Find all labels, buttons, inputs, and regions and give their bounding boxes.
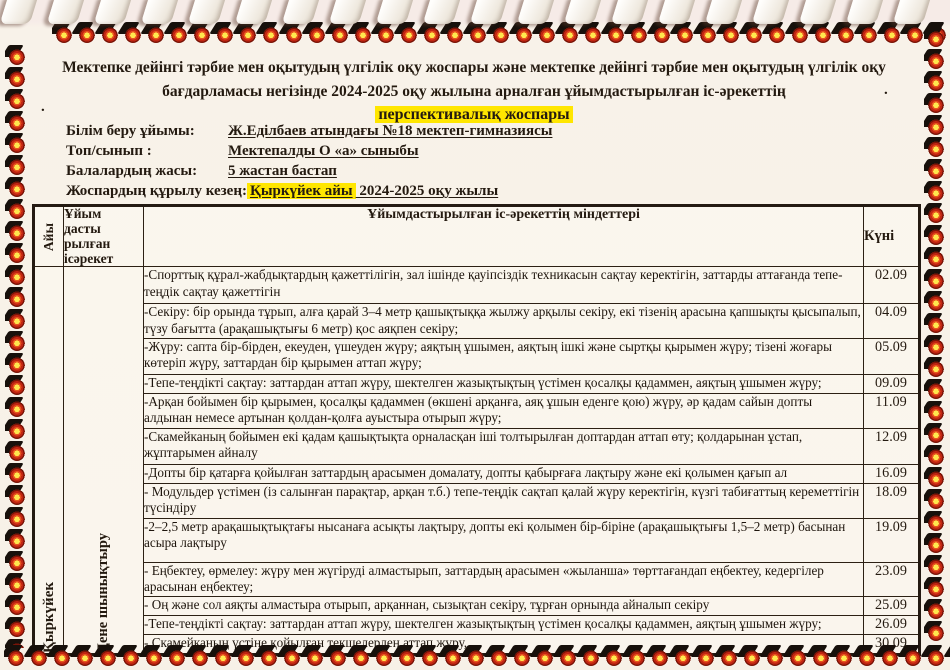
ornament-border-left [5,44,28,648]
kazakh-ornament-motif [234,644,255,666]
ornament-border-right [924,26,947,642]
kazakh-ornament-motif [5,440,26,461]
kazakh-ornament-motif [924,576,945,597]
table-header-row: Айы Ұйым дасты рылған ісәрекет Ұйымдасты… [34,206,920,267]
kazakh-ornament-motif [5,484,26,505]
binding-comb [423,0,462,24]
task-cell: -Тепе-теңдікті сақтау: заттардан аттап ж… [144,374,864,393]
date-cell: 23.09 [864,562,920,596]
table-row: -Допты бір қатарға қойылған заттардың ар… [34,464,920,483]
task-cell: -Арқан бойымен бір қырымен, қосалқы қада… [144,393,864,428]
kazakh-ornament-motif [5,66,26,87]
task-cell: -Секіру: бір орында тұрып, алға қарай 3–… [144,304,864,338]
kazakh-ornament-motif [878,644,899,666]
kazakh-ornament-motif [188,644,209,666]
kazakh-ornament-motif [924,334,945,355]
title-text: Мектепке дейінгі тәрбие мен оқытудың үлг… [62,59,886,100]
kazakh-ornament-motif [924,510,945,531]
kazakh-ornament-motif [924,48,945,69]
month-cell: Қыркүйек [34,267,64,655]
date-cell: 04.09 [864,304,920,338]
kazakh-ornament-motif [924,202,945,223]
kazakh-ornament-motif [5,352,26,373]
kazakh-ornament-motif [556,644,577,666]
kazakh-ornament-motif [5,176,26,197]
info-row: Топ/сынып :Мектепалды О «а» сыныбы [66,141,890,161]
info-label: Жоспардың құрылу кезең: [66,181,247,201]
kazakh-ornament-motif [5,44,26,65]
date-cell: 18.09 [864,483,920,518]
spiral-binding [4,0,950,26]
date-cell: 19.09 [864,518,920,562]
activity-cell: Дене шынықтыру [64,267,144,655]
date-cell: 09.09 [864,374,920,393]
info-label: Балалардың жасы: [66,161,228,181]
binding-comb [846,0,885,24]
page-title: Мектепке дейінгі тәрбие мен оқытудың үлг… [40,56,908,127]
date-cell: 25.09 [864,596,920,615]
kazakh-ornament-motif [464,644,485,666]
date-cell: 12.09 [864,428,920,464]
kazakh-ornament-motif [5,264,26,285]
kazakh-ornament-motif [924,488,945,509]
info-value: Ж.Еділбаев атындағы №18 мектеп-гимназияс… [228,123,552,139]
kazakh-ornament-motif [924,180,945,201]
binding-comb [188,0,227,24]
kazakh-ornament-motif [27,644,48,666]
kazakh-ornament-motif [487,644,508,666]
kazakh-ornament-motif [694,644,715,666]
table-row: -Тепе-теңдікті сақтау: заттардан аттап ж… [34,374,920,393]
kazakh-ornament-motif [924,246,945,267]
binding-comb [752,0,791,24]
highlighted-text: Қыркүйек айы [247,183,356,199]
kazakh-ornament-motif [924,290,945,311]
kazakh-ornament-motif [924,466,945,487]
kazakh-ornament-motif [96,644,117,666]
kazakh-ornament-motif [5,550,26,571]
kazakh-ornament-motif [5,506,26,527]
kazakh-ornament-motif [73,644,94,666]
kazakh-ornament-motif [602,644,623,666]
kazakh-ornament-motif [5,198,26,219]
kazakh-ornament-motif [924,92,945,113]
kazakh-ornament-motif [5,242,26,263]
info-row: Балалардың жасы:5 жастан бастап [66,161,890,181]
task-cell: -Жүру: сапта бір-бірден, екеуден, үшеуде… [144,338,864,374]
task-cell: -Тепе-теңдікті сақтау: заттардан аттап ж… [144,615,864,634]
binding-comb [0,0,38,24]
kazakh-ornament-motif [5,220,26,241]
kazakh-ornament-motif [740,644,761,666]
document-page: Мектепке дейінгі тәрбие мен оқытудың үлг… [0,0,950,670]
schedule-table-body: ҚыркүйекДене шынықтыру-Спорттық құрал-жа… [34,267,920,655]
kazakh-ornament-motif [5,132,26,153]
schedule-table: Айы Ұйым дасты рылған ісәрекет Ұйымдасты… [32,204,921,656]
binding-comb [47,0,86,24]
activity-vertical-label: Дене шынықтыру [95,533,112,653]
kazakh-ornament-motif [5,286,26,307]
info-row: Білім беру ұйымы:Ж.Еділбаев атындағы №18… [66,121,890,141]
table-row: -2–2,5 метр арақашықтықтағы нысанаға асы… [34,518,920,562]
kazakh-ornament-motif [5,110,26,131]
task-cell: - Оң және сол аяқты алмастыра отырып, ар… [144,596,864,615]
kazakh-ornament-motif [924,268,945,289]
header-activity: Ұйым дасты рылған ісәрекет [64,206,144,267]
task-cell: -Скамейканың бойымен екі қадам қашықтықт… [144,428,864,464]
header-tasks: Ұйымдастырылған іс-әрекеттің міндеттері [144,206,864,267]
kazakh-ornament-motif [395,644,416,666]
kazakh-ornament-motif [257,644,278,666]
kazakh-ornament-motif [924,400,945,421]
kazakh-ornament-motif [786,644,807,666]
task-cell: - Еңбектеу, өрмелеу: жүру мен жүгіруді а… [144,562,864,596]
kazakh-ornament-motif [303,644,324,666]
kazakh-ornament-motif [924,532,945,553]
header-month: Айы [34,206,64,267]
binding-comb [376,0,415,24]
binding-comb [235,0,274,24]
kazakh-ornament-motif [5,528,26,549]
binding-comb [329,0,368,24]
kazakh-ornament-motif [5,462,26,483]
kazakh-ornament-motif [648,644,669,666]
table-row: - Оң және сол аяқты алмастыра отырып, ар… [34,596,920,615]
kazakh-ornament-motif [50,644,71,666]
kazakh-ornament-motif [510,644,531,666]
table-row: -Арқан бойымен бір қырымен, қосалқы қада… [34,393,920,428]
info-block: Білім беру ұйымы:Ж.Еділбаев атындағы №18… [66,121,890,201]
kazakh-ornament-motif [5,154,26,175]
kazakh-ornament-motif [5,330,26,351]
stray-mark: . [41,99,45,116]
kazakh-ornament-motif [855,644,876,666]
kazakh-ornament-motif [832,644,853,666]
table-row: -Жүру: сапта бір-бірден, екеуден, үшеуде… [34,338,920,374]
kazakh-ornament-motif [533,644,554,666]
kazakh-ornament-motif [625,644,646,666]
date-cell: 11.09 [864,393,920,428]
kazakh-ornament-motif [5,396,26,417]
binding-comb [893,0,932,24]
kazakh-ornament-motif [441,644,462,666]
kazakh-ornament-motif [349,644,370,666]
info-label: Топ/сынып : [66,141,228,161]
kazakh-ornament-motif [924,644,945,666]
table-row: -Скамейканың бойымен екі қадам қашықтықт… [34,428,920,464]
kazakh-ornament-motif [326,644,347,666]
kazakh-ornament-motif [901,644,922,666]
kazakh-ornament-motif [924,312,945,333]
binding-comb [141,0,180,24]
kazakh-ornament-motif [5,572,26,593]
kazakh-ornament-motif [372,644,393,666]
kazakh-ornament-motif [671,644,692,666]
kazakh-ornament-motif [5,616,26,637]
binding-comb [517,0,556,24]
kazakh-ornament-motif [763,644,784,666]
kazakh-ornament-motif [924,224,945,245]
kazakh-ornament-motif [5,418,26,439]
info-value: 5 жастан бастап [228,163,337,179]
table-row: - Еңбектеу, өрмелеу: жүру мен жүгіруді а… [34,562,920,596]
kazakh-ornament-motif [165,644,186,666]
kazakh-ornament-motif [924,356,945,377]
kazakh-ornament-motif [579,644,600,666]
date-cell: 26.09 [864,615,920,634]
table-row: -Тепе-теңдікті сақтау: заттардан аттап ж… [34,615,920,634]
info-row: Жоспардың құрылу кезең:Қыркүйек айы 2024… [66,181,890,201]
kazakh-ornament-motif [119,644,140,666]
binding-comb [611,0,650,24]
binding-comb [658,0,697,24]
task-cell: - Модульдер үстімен (із салынған парақта… [144,483,864,518]
kazakh-ornament-motif [4,644,25,666]
date-cell: 05.09 [864,338,920,374]
table-row: - Модульдер үстімен (із салынған парақта… [34,483,920,518]
kazakh-ornament-motif [5,308,26,329]
info-value: Мектепалды О «а» сыныбы [228,143,419,159]
info-value: Қыркүйек айы 2024-2025 оқу жылы [247,183,498,199]
kazakh-ornament-motif [211,644,232,666]
kazakh-ornament-motif [142,644,163,666]
kazakh-ornament-motif [924,114,945,135]
kazakh-ornament-motif [5,374,26,395]
binding-comb [94,0,133,24]
kazakh-ornament-motif [717,644,738,666]
kazakh-ornament-motif [924,444,945,465]
kazakh-ornament-motif [924,422,945,443]
kazakh-ornament-motif [809,644,830,666]
kazakh-ornament-motif [418,644,439,666]
header-month-label: Айы [42,223,57,251]
binding-comb [282,0,321,24]
kazakh-ornament-motif [924,158,945,179]
kazakh-ornament-motif [280,644,301,666]
header-date: Күні [864,206,920,267]
month-vertical-label: Қыркүйек [41,582,58,653]
binding-comb [564,0,603,24]
kazakh-ornament-motif [924,26,945,47]
info-label: Білім беру ұйымы: [66,121,228,141]
kazakh-ornament-motif [5,88,26,109]
table-row: -Секіру: бір орында тұрып, алға қарай 3–… [34,304,920,338]
kazakh-ornament-motif [924,378,945,399]
kazakh-ornament-motif [924,70,945,91]
binding-comb [470,0,509,24]
date-cell: 02.09 [864,267,920,304]
date-cell: 16.09 [864,464,920,483]
task-cell: -Допты бір қатарға қойылған заттардың ар… [144,464,864,483]
kazakh-ornament-motif [5,594,26,615]
task-cell: -2–2,5 метр арақашықтықтағы нысанаға асы… [144,518,864,562]
kazakh-ornament-motif [924,554,945,575]
table-row: ҚыркүйекДене шынықтыру-Спорттық құрал-жа… [34,267,920,304]
kazakh-ornament-motif [924,136,945,157]
ornament-border-bottom [4,644,950,667]
task-cell: -Спорттық құрал-жабдықтардың қажеттілігі… [144,267,864,304]
stray-mark: . [884,82,888,99]
binding-comb [799,0,838,24]
kazakh-ornament-motif [924,620,945,641]
kazakh-ornament-motif [924,598,945,619]
binding-comb [705,0,744,24]
